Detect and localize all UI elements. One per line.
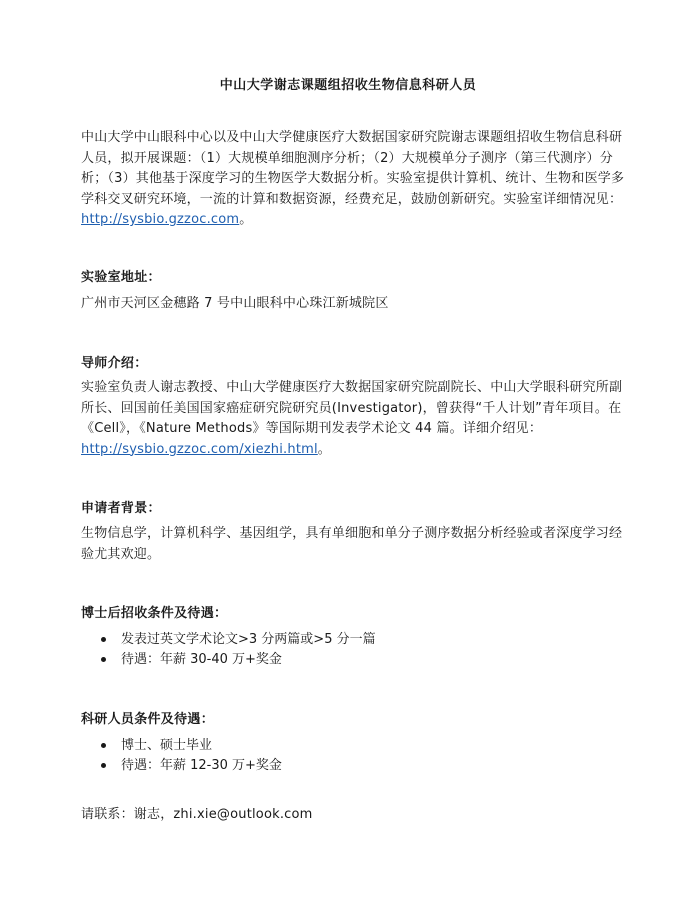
list-item-text: 发表过英文学术论文>3 分两篇或>5 分一篇: [121, 632, 376, 647]
list-item: 发表过英文学术论文>3 分两篇或>5 分一篇: [81, 630, 376, 650]
mentor-profile-link[interactable]: http://sysbio.gzzoc.com/xiezhi.html: [81, 442, 318, 457]
background-text: 生物信息学，计算机科学、基因组学，具有单细胞和单分子测序数据分析经验或者深度学习…: [81, 524, 626, 565]
lab-website-link[interactable]: http://sysbio.gzzoc.com: [81, 212, 239, 227]
address-text: 广州市天河区金穗路 7 号中山眼科中心珠江新城院区: [81, 294, 626, 315]
mentor-paragraph: 实验室负责人谢志教授、中山大学健康医疗大数据国家研究院副院长、中山大学眼科研究所…: [81, 378, 626, 460]
postdoc-list: 发表过英文学术论文>3 分两篇或>5 分一篇 待遇：年薪 30-40 万+奖金: [81, 630, 376, 670]
mentor-text: 实验室负责人谢志教授、中山大学健康医疗大数据国家研究院副院长、中山大学眼科研究所…: [81, 380, 622, 436]
bullet-icon: [101, 743, 106, 748]
list-item: 博士、硕士毕业: [81, 736, 282, 756]
researcher-heading: 科研人员条件及待遇：: [81, 708, 214, 727]
bullet-icon: [101, 637, 106, 642]
contact-text: 请联系：谢志，zhi.xie@outlook.com: [81, 805, 626, 826]
list-item-text: 待遇：年薪 30-40 万+奖金: [121, 652, 282, 667]
list-item: 待遇：年薪 30-40 万+奖金: [81, 650, 376, 670]
postdoc-heading: 博士后招收条件及待遇：: [81, 602, 227, 621]
address-heading: 实验室地址：: [81, 266, 161, 285]
document-page: 中山大学谢志课题组招收生物信息科研人员 中山大学中山眼科中心以及中山大学健康医疗…: [0, 0, 696, 900]
intro-text: 中山大学中山眼科中心以及中山大学健康医疗大数据国家研究院谢志课题组招收生物信息科…: [81, 130, 624, 207]
mentor-heading: 导师介绍：: [81, 352, 148, 371]
researcher-list: 博士、硕士毕业 待遇：年薪 12-30 万+奖金: [81, 736, 282, 776]
background-heading: 申请者背景：: [81, 497, 161, 516]
list-item-text: 博士、硕士毕业: [121, 738, 212, 753]
mentor-suffix: 。: [318, 442, 331, 457]
list-item-text: 待遇：年薪 12-30 万+奖金: [121, 758, 282, 773]
bullet-icon: [101, 657, 106, 662]
document-title: 中山大学谢志课题组招收生物信息科研人员: [0, 74, 696, 93]
bullet-icon: [101, 763, 106, 768]
intro-paragraph: 中山大学中山眼科中心以及中山大学健康医疗大数据国家研究院谢志课题组招收生物信息科…: [81, 128, 626, 231]
list-item: 待遇：年薪 12-30 万+奖金: [81, 756, 282, 776]
intro-suffix: 。: [239, 212, 252, 227]
